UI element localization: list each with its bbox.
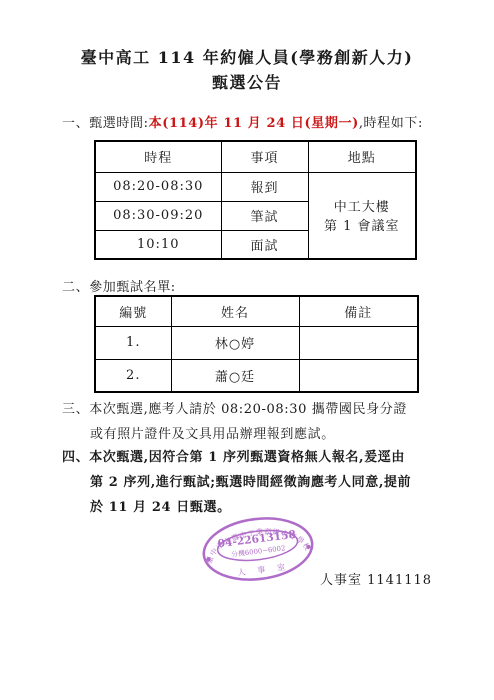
candidate-no-2: 2. [95, 359, 171, 392]
schedule-item-1: 報到 [221, 172, 308, 201]
schedule-item-3: 面試 [221, 230, 308, 259]
section4-line2: 第 2 序列,進行甄試;甄選時間經徵詢應考人同意,提前 [90, 471, 411, 490]
table-row: 08:20-08:30 報到 中工大樓 第 1 會議室 [95, 172, 416, 201]
candidate-header-no: 編號 [95, 296, 171, 326]
section4-line3: 於 11 月 24 日甄選。 [90, 496, 231, 515]
section4-line1: 四、本次甄選,因符合第 1 序列甄選資格無人報名,爰逕由 [62, 446, 405, 465]
schedule-time-2: 08:30-09:20 [95, 201, 221, 230]
schedule-time-1: 08:20-08:30 [95, 172, 221, 201]
stamp-rosette-right-icon [306, 545, 311, 550]
section3-line2: 或有照片證件及文具用品辦理報到應試。 [90, 423, 335, 442]
stamp-office-name: 人 事 室 [237, 561, 290, 577]
schedule-location: 中工大樓 第 1 會議室 [308, 172, 416, 259]
document-title-line2: 甄選公告 [0, 70, 494, 93]
table-row: 1. 林○婷 [95, 326, 418, 359]
schedule-header-row: 時程 事項 地點 [95, 141, 416, 172]
section3-line1: 三、本次甄選,應考人請於 08:20-08:30 攜帶國民身分證 [62, 398, 407, 417]
announcement-document: 臺中高工 114 年約僱人員(學務創新人力) 甄選公告 一、甄選時間:本(114… [0, 0, 494, 700]
candidate-note-1 [299, 326, 418, 359]
office-stamp: 臺中市立臺中工業高級中等學校 04-22613158 分機6000~6002 人… [197, 509, 318, 588]
candidate-table: 編號 姓名 備註 1. 林○婷 2. 蕭○廷 [94, 295, 419, 393]
stamp-rosette-left-icon [206, 557, 211, 562]
footer-office-note: 人事室 1141118 [320, 569, 432, 588]
stamp-outer-ring [200, 513, 315, 586]
schedule-location-line1: 中工大樓 [309, 196, 416, 215]
candidate-name-1: 林○婷 [171, 326, 299, 359]
section2-label: 二、參加甄試名單: [62, 276, 176, 295]
schedule-table: 時程 事項 地點 08:20-08:30 報到 中工大樓 第 1 會議室 08:… [94, 140, 417, 260]
stamp-arc-text-holder: 臺中市立臺中工業高級中等學校 [201, 521, 313, 566]
section1-suffix: ,時程如下: [359, 116, 423, 131]
schedule-location-line2: 第 1 會議室 [309, 215, 416, 234]
document-title-line1: 臺中高工 114 年約僱人員(學務創新人力) [0, 45, 494, 68]
schedule-header-place: 地點 [308, 141, 416, 172]
schedule-header-time: 時程 [95, 141, 221, 172]
candidate-name-2: 蕭○廷 [171, 359, 299, 392]
stamp-phone: 04-22613158 [217, 528, 297, 550]
schedule-item-2: 筆試 [221, 201, 308, 230]
candidate-header-note: 備註 [299, 296, 418, 326]
section1-prefix: 一、甄選時間: [62, 116, 149, 131]
stamp-arc-text: 臺中市立臺中工業高級中等學校 [201, 521, 313, 566]
stamp-extension: 分機6000~6002 [231, 543, 286, 559]
candidate-note-2 [299, 359, 418, 392]
office-stamp-graphic: 臺中市立臺中工業高級中等學校 04-22613158 分機6000~6002 人… [197, 509, 318, 588]
section1-date-highlight: 本(114)年 11 月 24 日(星期一) [149, 116, 359, 131]
candidate-header-name: 姓名 [171, 296, 299, 326]
section1-line: 一、甄選時間:本(114)年 11 月 24 日(星期一),時程如下: [62, 112, 423, 131]
schedule-time-3: 10:10 [95, 230, 221, 259]
candidate-no-1: 1. [95, 326, 171, 359]
table-row: 2. 蕭○廷 [95, 359, 418, 392]
candidate-header-row: 編號 姓名 備註 [95, 296, 418, 326]
schedule-header-item: 事項 [221, 141, 308, 172]
stamp-inner-ring [216, 526, 299, 564]
